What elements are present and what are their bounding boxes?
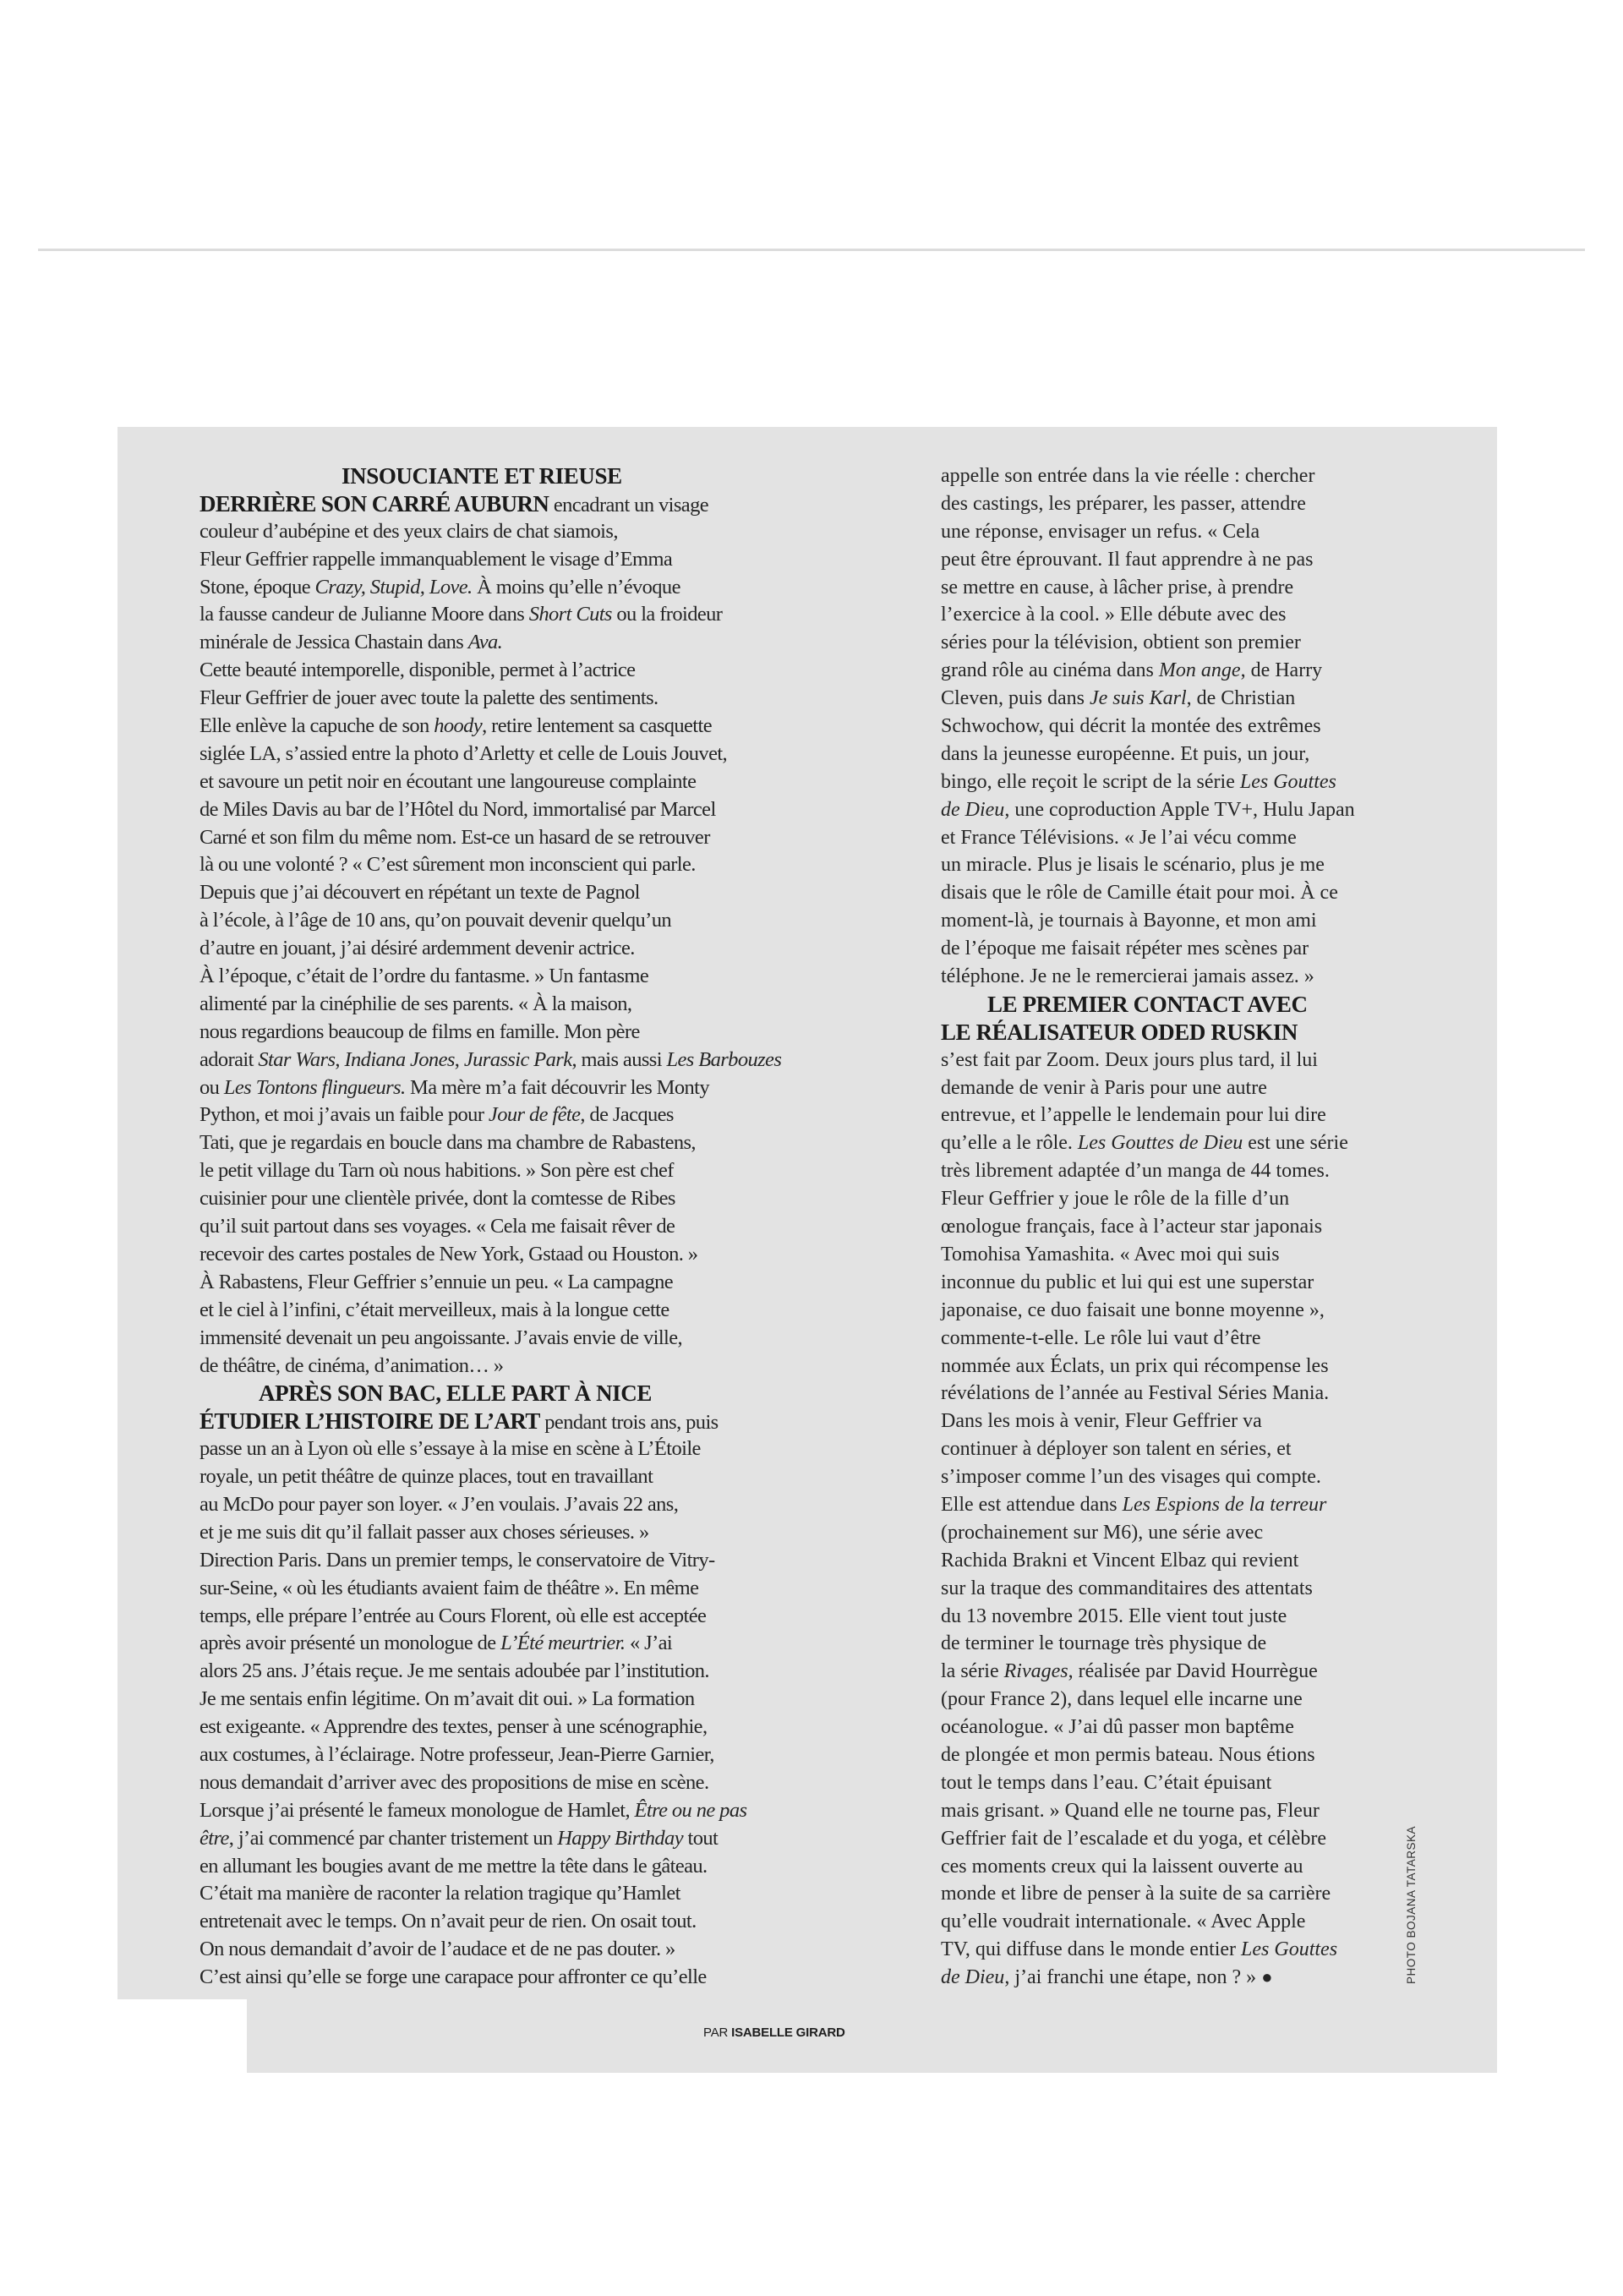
paragraph-line: sur-Seine, « où les étudiants avaient fa… — [199, 1575, 825, 1603]
paragraph-line: qu’elle a le rôle. Les Gouttes de Dieu e… — [941, 1129, 1397, 1157]
paragraph-line: adorait Star Wars, Indiana Jones, Jurass… — [199, 1047, 825, 1074]
paragraph-line: Depuis que j’ai découvert en répétant un… — [199, 879, 825, 907]
paragraph-line: bingo, elle reçoit le script de la série… — [941, 768, 1397, 796]
title-italic: Jour de fête — [489, 1103, 580, 1126]
paragraph-line: téléphone. Je ne le remercierai jamais a… — [941, 963, 1397, 991]
paragraph-line: ou Les Tontons flingueurs. Ma mère m’a f… — [199, 1074, 825, 1102]
title-italic: Être ou ne pas — [635, 1799, 747, 1822]
paragraph-line: un miracle. Plus je lisais le scénario, … — [941, 851, 1397, 879]
page-divider — [38, 249, 1585, 251]
paragraph-line: Rachida Brakni et Vincent Elbaz qui revi… — [941, 1547, 1397, 1575]
paragraph-line: On nous demandait d’avoir de l’audace et… — [199, 1936, 825, 1964]
paragraph-line: dans la jeunesse européenne. Et puis, un… — [941, 741, 1397, 768]
article-panel-footer — [247, 1998, 1497, 2073]
title-italic: Je suis Karl — [1090, 687, 1187, 709]
paragraph-line: Schwochow, qui décrit la montée des extr… — [941, 713, 1397, 741]
paragraph-line: À l’époque, c’était de l’ordre du fantas… — [199, 963, 825, 991]
paragraph-line: peut être éprouvant. Il faut apprendre à… — [941, 546, 1397, 574]
paragraph-line: royale, un petit théâtre de quinze place… — [199, 1463, 825, 1491]
byline-prefix: PAR — [703, 2025, 731, 2040]
paragraph-line: Python, et moi j’avais un faible pour Jo… — [199, 1102, 825, 1129]
paragraph-line: de Miles Davis au bar de l’Hôtel du Nord… — [199, 796, 825, 824]
paragraph-line: et savoure un petit noir en écoutant une… — [199, 768, 825, 796]
paragraph-line: ÉTUDIER L’HISTOIRE DE L’ART pendant troi… — [199, 1408, 825, 1435]
title-italic: hoody — [434, 714, 482, 737]
paragraph-line: séries pour la télévision, obtient son p… — [941, 629, 1397, 657]
title-italic: Jurassic Park — [464, 1048, 572, 1071]
paragraph-line: œnologue français, face à l’acteur star … — [941, 1213, 1397, 1241]
paragraph-line: l’exercice à la cool. » Elle débute avec… — [941, 601, 1397, 629]
paragraph-line: grand rôle au cinéma dans Mon ange, de H… — [941, 657, 1397, 685]
paragraph-line: après avoir présenté un monologue de L’É… — [199, 1630, 825, 1658]
paragraph-line: nommée aux Éclats, un prix qui récompens… — [941, 1353, 1397, 1380]
paragraph-line: aux costumes, à l’éclairage. Notre profe… — [199, 1741, 825, 1769]
paragraph-line: entretenait avec le temps. On n’avait pe… — [199, 1908, 825, 1936]
paragraph-line: d’autre en jouant, j’ai désiré ardemment… — [199, 935, 825, 963]
paragraph-line: couleur d’aubépine et des yeux clairs de… — [199, 518, 825, 546]
paragraph-line: est exigeante. « Apprendre des textes, p… — [199, 1714, 825, 1741]
paragraph-line: minérale de Jessica Chastain dans Ava. — [199, 629, 825, 657]
paragraph-line: révélations de l’année au Festival Série… — [941, 1380, 1397, 1408]
title-italic: Happy Birthday — [557, 1827, 683, 1850]
paragraph-line: s’est fait par Zoom. Deux jours plus tar… — [941, 1047, 1397, 1074]
paragraph-line: une réponse, envisager un refus. « Cela — [941, 518, 1397, 546]
section-heading: INSOUCIANTE ET RIEUSE — [199, 462, 825, 490]
paragraph-line: le petit village du Tarn où nous habitio… — [199, 1157, 825, 1185]
title-italic: de Dieu — [941, 1966, 1004, 1988]
paragraph-line: qu’elle voudrait internationale. « Avec … — [941, 1908, 1397, 1936]
paragraph-line: temps, elle prépare l’entrée au Cours Fl… — [199, 1603, 825, 1631]
paragraph-line: la fausse candeur de Julianne Moore dans… — [199, 601, 825, 629]
paragraph-line: continuer à déployer son talent en série… — [941, 1435, 1397, 1463]
paragraph-line: Elle enlève la capuche de son hoody, ret… — [199, 713, 825, 741]
title-italic: Les Gouttes de Dieu — [1078, 1132, 1243, 1154]
paragraph-line: de théâtre, de cinéma, d’animation… » — [199, 1353, 825, 1380]
section-heading: LE PREMIER CONTACT AVEC — [941, 991, 1397, 1019]
paragraph-line: tout le temps dans l’eau. C’était épuisa… — [941, 1769, 1397, 1797]
paragraph-line: alors 25 ans. J’étais reçue. Je me senta… — [199, 1658, 825, 1686]
paragraph-line: Stone, époque Crazy, Stupid, Love. À moi… — [199, 574, 825, 602]
paragraph-line: et le ciel à l’infini, c’était merveille… — [199, 1297, 825, 1325]
paragraph-line: C’est ainsi qu’elle se forge une carapac… — [199, 1964, 825, 1992]
paragraph-line: Cleven, puis dans Je suis Karl, de Chris… — [941, 685, 1397, 713]
paragraph-line: C’était ma manière de raconter la relati… — [199, 1880, 825, 1908]
paragraph-line: recevoir des cartes postales de New York… — [199, 1241, 825, 1269]
paragraph-line: nous regardions beaucoup de films en fam… — [199, 1019, 825, 1047]
paragraph-line: siglée LA, s’assied entre la photo d’Arl… — [199, 741, 825, 768]
paragraph-line: cuisinier pour une clientèle privée, don… — [199, 1185, 825, 1213]
paragraph-line: ces moments creux qui la laissent ouvert… — [941, 1853, 1397, 1881]
photo-credit: PHOTO BOJANA TATARSKA — [1405, 1826, 1418, 1984]
paragraph-line: (pour France 2), dans lequel elle incarn… — [941, 1686, 1397, 1714]
article-column-right: appelle son entrée dans la vie réelle : … — [941, 462, 1397, 1992]
paragraph-line: Fleur Geffrier rappelle immanquablement … — [199, 546, 825, 574]
paragraph-line: Tati, que je regardais en boucle dans ma… — [199, 1129, 825, 1157]
paragraph-line: moment-là, je tournais à Bayonne, et mon… — [941, 907, 1397, 935]
paragraph-line: et je me suis dit qu’il fallait passer a… — [199, 1519, 825, 1547]
paragraph-line: Dans les mois à venir, Fleur Geffrier va — [941, 1408, 1397, 1435]
paragraph-line: océanologue. « J’ai dû passer mon baptêm… — [941, 1714, 1397, 1741]
paragraph-line: Geffrier fait de l’escalade et du yoga, … — [941, 1825, 1397, 1853]
paragraph-line: commente-t-elle. Le rôle lui vaut d’être — [941, 1325, 1397, 1353]
byline: PAR ISABELLE GIRARD — [703, 2025, 845, 2040]
paragraph-line: Fleur Geffrier de jouer avec toute la pa… — [199, 685, 825, 713]
paragraph-line: Je me sentais enfin légitime. On m’avait… — [199, 1686, 825, 1714]
paragraph-line: au McDo pour payer son loyer. « J’en vou… — [199, 1491, 825, 1519]
paragraph-line: qu’il suit partout dans ses voyages. « C… — [199, 1213, 825, 1241]
paragraph-line: se mettre en cause, à lâcher prise, à pr… — [941, 574, 1397, 602]
paragraph-line: des castings, les préparer, les passer, … — [941, 490, 1397, 518]
paragraph-line: japonaise, ce duo faisait une bonne moye… — [941, 1297, 1397, 1325]
paragraph-line: alimenté par la cinéphilie de ses parent… — [199, 991, 825, 1019]
paragraph-line: immensité devenait un peu angoissante. J… — [199, 1325, 825, 1353]
paragraph-line: de terminer le tournage très physique de — [941, 1630, 1397, 1658]
paragraph-line: nous demandait d’arriver avec des propos… — [199, 1769, 825, 1797]
paragraph-line: Lorsque j’ai présenté le fameux monologu… — [199, 1797, 825, 1825]
lead-in-heading: DERRIÈRE SON CARRÉ AUBURN — [199, 491, 549, 517]
paragraph-line: Tomohisa Yamashita. « Avec moi qui suis — [941, 1241, 1397, 1269]
paragraph-line: du 13 novembre 2015. Elle vient tout jus… — [941, 1603, 1397, 1631]
title-italic: Les Tontons flingueurs. — [224, 1076, 406, 1099]
paragraph-line: Elle est attendue dans Les Espions de la… — [941, 1491, 1397, 1519]
paragraph-line: de Dieu, j’ai franchi une étape, non ? »… — [941, 1964, 1397, 1992]
title-italic: Rivages — [1004, 1660, 1068, 1682]
title-italic: Indiana Jones — [344, 1048, 454, 1071]
title-italic: de Dieu — [941, 799, 1004, 821]
paragraph-line: (prochainement sur M6), une série avec — [941, 1519, 1397, 1547]
title-italic: Les Barbouzes — [666, 1048, 781, 1071]
paragraph-line: Fleur Geffrier y joue le rôle de la fill… — [941, 1185, 1397, 1213]
paragraph-line: et France Télévisions. « Je l’ai vécu co… — [941, 824, 1397, 852]
title-italic: Mon ange — [1159, 659, 1241, 681]
paragraph-line: TV, qui diffuse dans le monde entier Les… — [941, 1936, 1397, 1964]
paragraph-line: de l’époque me faisait répéter mes scène… — [941, 935, 1397, 963]
end-mark-icon: ● — [1261, 1966, 1272, 1987]
title-italic: Les Gouttes — [1240, 771, 1336, 793]
title-italic: être — [199, 1827, 229, 1850]
paragraph-line: à l’école, à l’âge de 10 ans, qu’on pouv… — [199, 907, 825, 935]
paragraph-line: être, j’ai commencé par chanter tristeme… — [199, 1825, 825, 1853]
paragraph-line: mais grisant. » Quand elle ne tourne pas… — [941, 1797, 1397, 1825]
section-heading: LE RÉALISATEUR ODED RUSKIN — [941, 1019, 1397, 1047]
paragraph-line: demande de venir à Paris pour une autre — [941, 1074, 1397, 1102]
title-italic: Ava. — [468, 631, 502, 653]
byline-author: ISABELLE GIRARD — [731, 2025, 845, 2040]
paragraph-line: entrevue, et l’appelle le lendemain pour… — [941, 1102, 1397, 1129]
paragraph-line: là ou une volonté ? « C’est sûrement mon… — [199, 851, 825, 879]
paragraph-line: À Rabastens, Fleur Geffrier s’ennuie un … — [199, 1269, 825, 1297]
paragraph-line: Direction Paris. Dans un premier temps, … — [199, 1547, 825, 1575]
title-italic: Les Espions de la terreur — [1123, 1494, 1327, 1516]
title-italic: L’Été meurtrier. — [500, 1632, 625, 1654]
paragraph-line: très librement adaptée d’un manga de 44 … — [941, 1157, 1397, 1185]
paragraph-line: de Dieu, une coproduction Apple TV+, Hul… — [941, 796, 1397, 824]
paragraph-line: passe un an à Lyon où elle s’essaye à la… — [199, 1435, 825, 1463]
paragraph-line: inconnue du public et lui qui est une su… — [941, 1269, 1397, 1297]
title-italic: Les Gouttes — [1241, 1938, 1337, 1960]
paragraph-line: Cette beauté intemporelle, disponible, p… — [199, 657, 825, 685]
title-italic: Star Wars — [258, 1048, 335, 1071]
paragraph-line: appelle son entrée dans la vie réelle : … — [941, 462, 1397, 490]
paragraph-line: sur la traque des commanditaires des att… — [941, 1575, 1397, 1603]
lead-in-heading: ÉTUDIER L’HISTOIRE DE L’ART — [199, 1408, 540, 1434]
title-italic: Short Cuts — [529, 603, 612, 626]
paragraph-line: la série Rivages, réalisée par David Hou… — [941, 1658, 1397, 1686]
paragraph-line: s’imposer comme l’un des visages qui com… — [941, 1463, 1397, 1491]
paragraph-line: Carné et son film du même nom. Est-ce un… — [199, 824, 825, 852]
title-italic: Crazy, Stupid, Love. — [315, 576, 473, 599]
section-heading: APRÈS SON BAC, ELLE PART À NICE — [199, 1380, 825, 1408]
paragraph-line: en allumant les bougies avant de me mett… — [199, 1853, 825, 1881]
paragraph-line: DERRIÈRE SON CARRÉ AUBURN encadrant un v… — [199, 490, 825, 518]
paragraph-line: de plongée et mon permis bateau. Nous ét… — [941, 1741, 1397, 1769]
paragraph-line: disais que le rôle de Camille était pour… — [941, 879, 1397, 907]
paragraph-line: monde et libre de penser à la suite de s… — [941, 1880, 1397, 1908]
article-column-left: INSOUCIANTE ET RIEUSEDERRIÈRE SON CARRÉ … — [199, 462, 825, 1992]
